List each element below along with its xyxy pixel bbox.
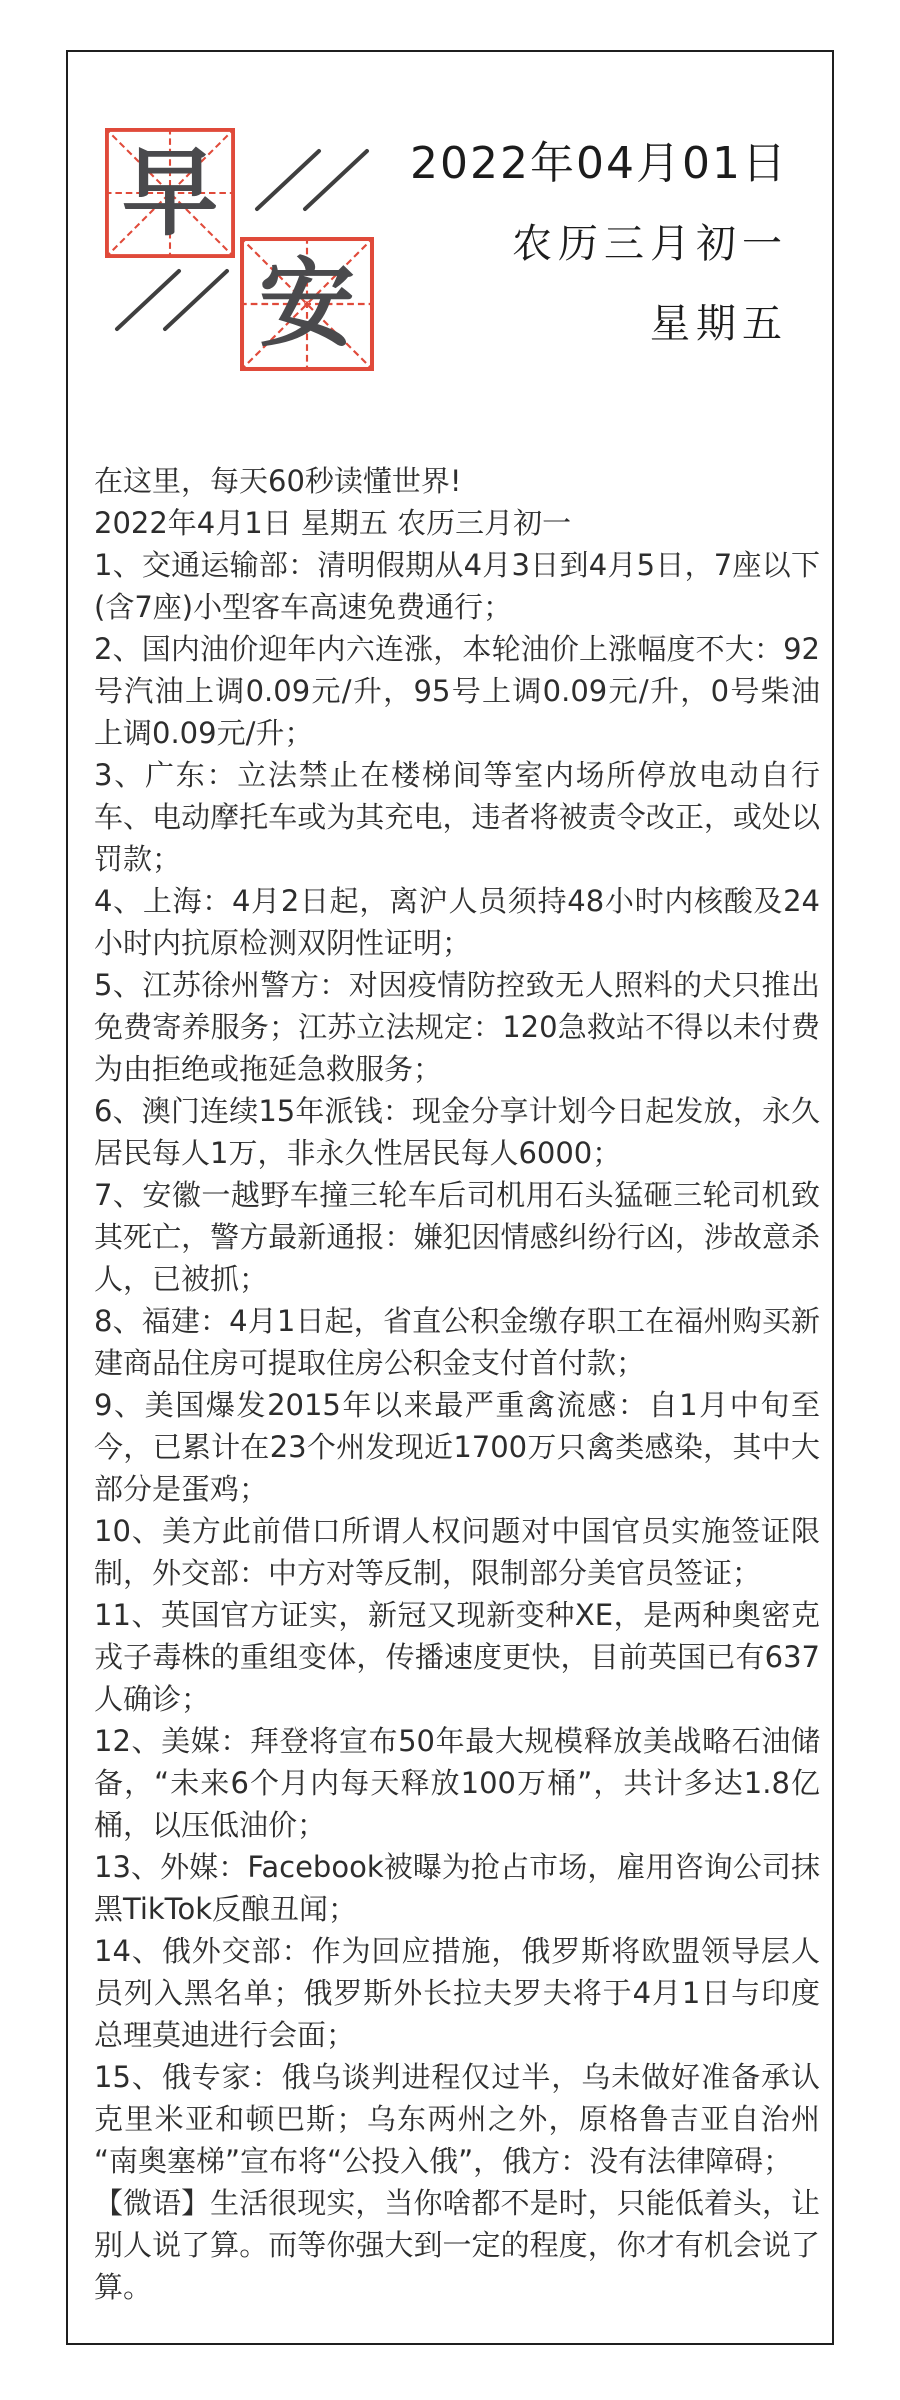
news-item: 3、广东：立法禁止在楼梯间等室内场所停放电动自行车、电动摩托车或为其充电，违者将… — [94, 754, 820, 880]
weiyu-quote: 【微语】生活很现实，当你啥都不是时，只能低着头，让别人说了算。而等你强大到一定的… — [94, 2182, 820, 2308]
news-item: 15、俄专家：俄乌谈判进程仅过半，乌未做好准备承认克里米亚和顿巴斯；乌东两州之外… — [94, 2056, 820, 2182]
intro-line: 在这里，每天60秒读懂世界! — [94, 460, 820, 502]
news-item: 10、美方此前借口所谓人权问题对中国官员实施签证限制，外交部：中方对等反制，限制… — [94, 1510, 820, 1594]
an-character: 安 — [240, 237, 374, 371]
news-item: 1、交通运输部：清明假期从4月3日到4月5日，7座以下(含7座)小型客车高速免费… — [94, 544, 820, 628]
news-item: 8、福建：4月1日起，省直公积金缴存职工在福州购买新建商品住房可提取住房公积金支… — [94, 1300, 820, 1384]
morning-news-page: { "colors":{ "accent_red":"#e04a3a", "in… — [0, 0, 900, 2400]
news-item: 6、澳门连续15年派钱：现金分享计划今日起发放，永久居民每人1万，非永久性居民每… — [94, 1090, 820, 1174]
news-item: 13、外媒：Facebook被曝为抢占市场，雇用咨询公司抹黑TikTok反酿丑闻… — [94, 1846, 820, 1930]
zao-character-box: 早 — [105, 128, 235, 258]
news-item: 7、安徽一越野车撞三轮车后司机用石头猛砸三轮司机致其死亡，警方最新通报：嫌犯因情… — [94, 1174, 820, 1300]
news-item: 4、上海：4月2日起，离沪人员须持48小时内核酸及24小时内抗原检测双阴性证明； — [94, 880, 820, 964]
date-gregorian: 2022年04月01日 — [368, 124, 788, 204]
zao-character: 早 — [105, 128, 235, 258]
page-frame: 早 安 2022年04月01日 农历三月初一 星期五 在这里，每天60秒读懂世界… — [66, 50, 834, 2345]
news-item: 9、美国爆发2015年以来最严重禽流感：自1月中旬至今，已累计在23个州发现近1… — [94, 1384, 820, 1510]
news-item: 12、美媒：拜登将宣布50年最大规模释放美战略石油储备，“未来6个月内每天释放1… — [94, 1720, 820, 1846]
date-block: 2022年04月01日 农历三月初一 星期五 — [368, 124, 788, 364]
date-lunar: 农历三月初一 — [368, 204, 788, 284]
double-slash-icon — [253, 147, 371, 213]
news-item: 11、英国官方证实，新冠又现新变种XE，是两种奥密克戎子毒株的重组变体，传播速度… — [94, 1594, 820, 1720]
news-item: 14、俄外交部：作为回应措施，俄罗斯将欧盟领导层人员列入黑名单；俄罗斯外长拉夫罗… — [94, 1930, 820, 2056]
double-slash-icon — [113, 267, 231, 333]
an-character-box: 安 — [240, 237, 374, 371]
news-item: 2、国内油价迎年内六连涨，本轮油价上涨幅度不大：92号汽油上调0.09元/升，9… — [94, 628, 820, 754]
date-weekday: 星期五 — [368, 284, 788, 364]
news-body: 在这里，每天60秒读懂世界! 2022年4月1日 星期五 农历三月初一 1、交通… — [94, 460, 820, 2308]
date-heading: 2022年4月1日 星期五 农历三月初一 — [94, 502, 820, 544]
news-item: 5、江苏徐州警方：对因疫情防控致无人照料的犬只推出免费寄养服务；江苏立法规定：1… — [94, 964, 820, 1090]
